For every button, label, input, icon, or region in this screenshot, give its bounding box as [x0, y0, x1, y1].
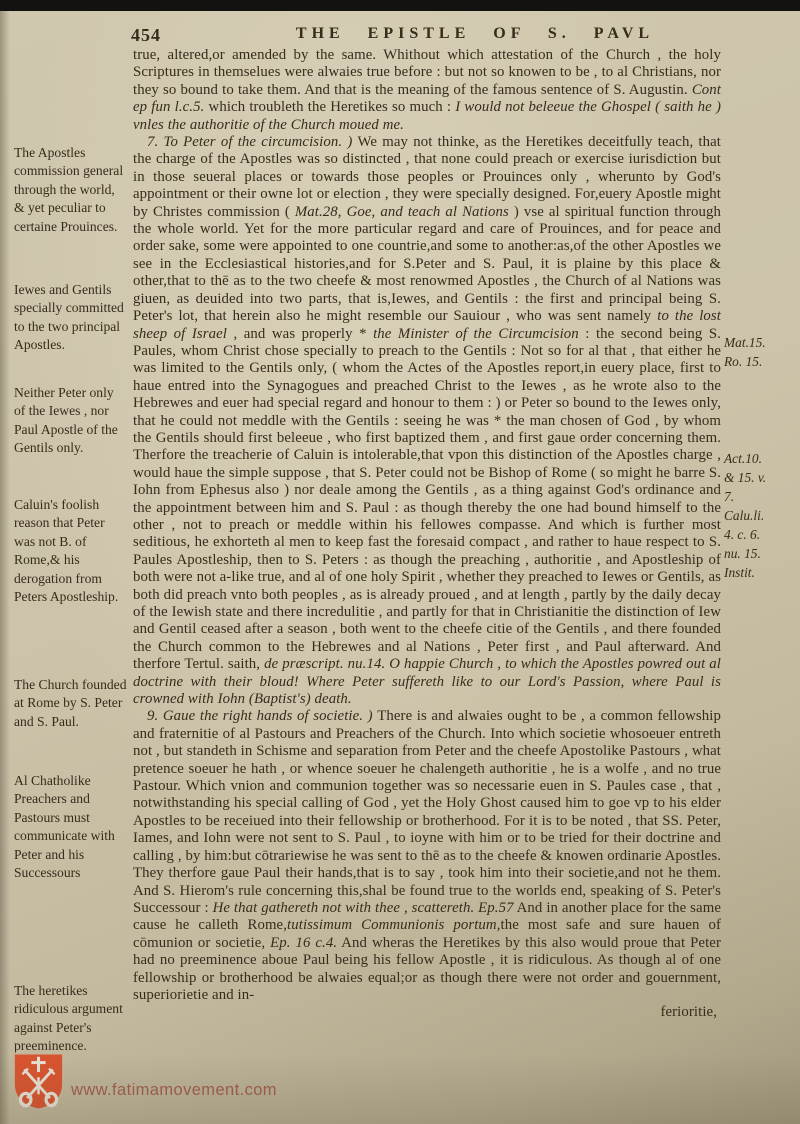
- left-margin-note: Neither Peter only of the Iewes , nor Pa…: [14, 384, 127, 458]
- scan-top-edge: [0, 0, 800, 11]
- body-paragraph: 9. Gaue the right hands of societie. ) T…: [133, 708, 721, 1004]
- body-text: true, altered,or amended by the same. Wh…: [133, 47, 721, 1022]
- crossed-keys-shield-icon: [10, 1050, 67, 1112]
- page-number: 454: [131, 25, 161, 46]
- left-margin-note: The Apostles commission general through …: [14, 144, 127, 236]
- right-margin-citation: Mat.15.Ro. 15.: [724, 333, 798, 371]
- body-paragraphs: true, altered,or amended by the same. Wh…: [133, 47, 721, 1004]
- left-margin-note: Iewes and Gentils specially committed to…: [14, 281, 127, 355]
- left-margin-note: The Church founded at Rome by S. Peter a…: [14, 676, 127, 731]
- scanned-book-page: 454 THE EPISTLE OF S. PAVL The Apostles …: [0, 0, 800, 1124]
- watermark-url: www.fatimamovement.com: [71, 1081, 277, 1100]
- body-paragraph: true, altered,or amended by the same. Wh…: [133, 47, 721, 134]
- page-title: THE EPISTLE OF S. PAVL: [160, 25, 790, 43]
- left-margin-note: The heretikes ridiculous argument agains…: [14, 982, 127, 1056]
- left-margin-note: Al Chatholike Preachers and Pastours mus…: [14, 772, 127, 882]
- catchword: ferioritie,: [133, 1004, 721, 1021]
- left-margin-note: Caluin's foolish reason that Peter was n…: [14, 496, 127, 606]
- body-paragraph: 7. To Peter of the circumcision. ) We ma…: [133, 134, 721, 708]
- right-margin-citation: Act.10.& 15. v.7.Calu.li.4. c. 6.nu. 15.…: [724, 449, 798, 582]
